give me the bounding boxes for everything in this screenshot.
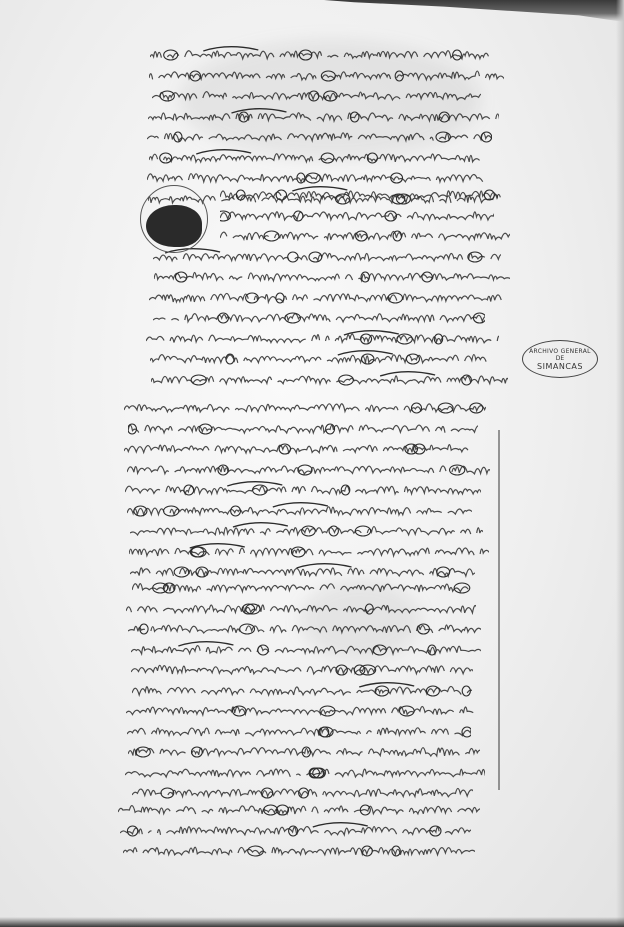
blot-fill [146,205,202,247]
handwritten-line [220,226,510,244]
handwritten-line [127,501,471,519]
handwritten-line [120,821,471,839]
handwritten-line [118,800,480,818]
stamp-line-3: SIMANCAS [537,362,583,371]
handwritten-line [124,439,473,457]
handwritten-line [127,722,472,740]
handwritten-line [150,45,491,63]
handwritten-line [132,681,472,699]
handwritten-line [132,783,474,801]
handwritten-line [123,841,474,859]
handwritten-line [131,660,473,678]
handwritten-line [128,619,480,637]
handwritten-line [128,742,480,760]
handwritten-line [149,288,505,306]
handwritten-line [128,419,478,437]
handwritten-line [125,480,480,498]
handwritten-line [220,185,504,203]
margin-rule [498,430,500,790]
handwritten-line [130,521,484,539]
handwritten-line [153,308,485,326]
stamp-line-1: ARCHIVO GENERAL [529,348,591,355]
handwritten-line [152,86,481,104]
handwritten-line [126,701,475,719]
handwritten-line [131,640,481,658]
handwritten-line [151,370,508,388]
handwritten-line [132,578,473,596]
handwritten-line [124,398,486,416]
page-right-edge [616,0,624,927]
handwritten-line [125,763,485,781]
stamp-line-2: DE [556,355,564,362]
manuscript-page: ARCHIVO GENERAL DE SIMANCAS Handwritten … [0,0,624,927]
handwritten-line [126,599,477,617]
handwritten-line [148,107,499,125]
archive-stamp: ARCHIVO GENERAL DE SIMANCAS [522,340,598,378]
page-edge-shadow [324,0,624,22]
handwritten-line [149,66,504,84]
handwritten-line [154,267,510,285]
page-bottom-edge [0,917,624,927]
ink-blot [140,185,212,255]
handwritten-line [129,542,489,560]
handwritten-line [146,329,499,347]
handwritten-line [147,168,485,186]
handwritten-line [149,148,482,166]
handwritten-line [150,349,487,367]
handwritten-line [147,127,492,145]
handwritten-line [127,460,490,478]
handwritten-line [220,206,494,224]
